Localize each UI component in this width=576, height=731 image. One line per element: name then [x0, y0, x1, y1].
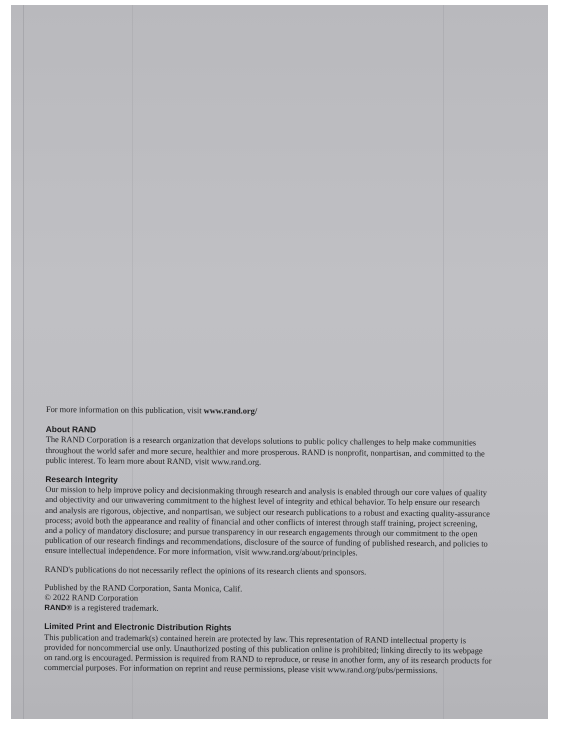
- rights-paragraph: This publication and trademark(s) contai…: [44, 633, 548, 678]
- integrity-paragraph: Our mission to help improve policy and d…: [45, 485, 548, 561]
- more-info-prefix: For more information on this publication…: [46, 405, 204, 415]
- disclaimer-text: RAND's publications do not necessarily r…: [45, 565, 548, 580]
- page-fold-line: [23, 5, 24, 719]
- trademark-text: is a registered trademark.: [72, 603, 159, 613]
- publisher-block: Published by the RAND Corporation, Santa…: [44, 583, 548, 618]
- more-info-line: For more information on this publication…: [46, 405, 548, 420]
- more-info-url[interactable]: www.rand.org/: [204, 406, 258, 415]
- about-paragraph: The RAND Corporation is a research organ…: [46, 435, 548, 470]
- scanned-page: For more information on this publication…: [11, 5, 548, 719]
- trademark-mark: RAND®: [44, 603, 72, 612]
- copyright-page-text: For more information on this publication…: [44, 405, 548, 678]
